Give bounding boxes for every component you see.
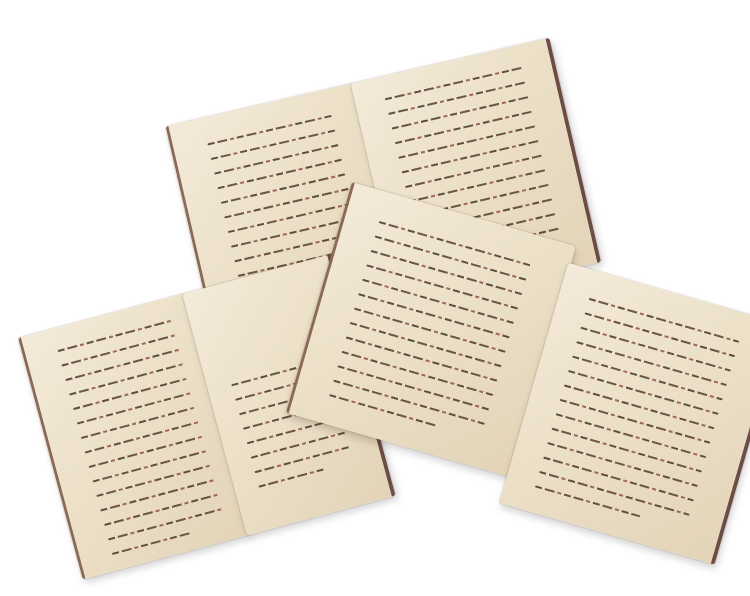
manuscripts-photo xyxy=(0,0,750,596)
script-text xyxy=(326,221,534,453)
script-text xyxy=(531,298,739,543)
